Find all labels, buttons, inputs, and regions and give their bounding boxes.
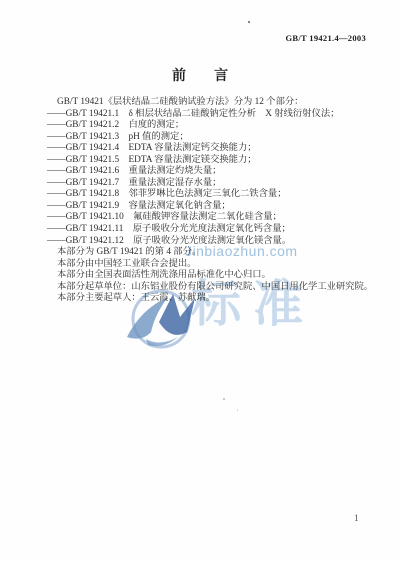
document-page: GB/T 19421.4—2003 前 言 GB/T 19421《层状结晶二硅酸… (0, 0, 400, 562)
part-list-item: ——GB/T 19421.5 EDTA 容量法测定镁交换能力； (47, 155, 367, 167)
scan-speck (237, 409, 238, 411)
part-list-item: ——GB/T 19421.3 pH 值的测定； (47, 132, 367, 144)
part-list-item: ——GB/T 19421.2 白度的测定； (47, 120, 367, 132)
scan-speck (223, 398, 225, 400)
part-list-item: ——GB/T 19421.4 EDTA 容量法测定钙交换能力； (47, 143, 367, 155)
foreword-body: GB/T 19421《层状结晶二硅酸钠试验方法》分为 12 个部分： ——GB/… (47, 97, 367, 305)
part-list-item: ——GB/T 19421.12 原子吸收分光光度法测定氧化镁含量。 (47, 236, 367, 248)
page-number: 1 (354, 513, 359, 523)
standard-number-header: GB/T 19421.4—2003 (285, 33, 366, 43)
part-list-item: ——GB/T 19421.10 氟硅酸钾容量法测定二氧化硅含量； (47, 212, 367, 224)
foreword-paragraph: 本部分由中国轻工业联合会提出。 (47, 259, 367, 271)
foreword-paragraph: 本部分为 GB/T 19421 的第 4 部分。 (47, 247, 367, 259)
foreword-title: 前 言 (0, 65, 400, 85)
scan-speck (248, 21, 250, 23)
part-list-item: ——GB/T 19421.11 原子吸收分光光度法测定氧化钙含量； (47, 224, 367, 236)
part-list-item: ——GB/T 19421.8 邻菲罗啉比色法测定三氧化二铁含量； (47, 189, 367, 201)
part-list-item: ——GB/T 19421.6 重量法测定灼烧失量； (47, 166, 367, 178)
foreword-paragraph: 本部分起草单位：山东铝业股份有限公司研究院、中国日用化学工业研究院。 (47, 282, 367, 294)
foreword-paragraph: 本部分由全国表面活性剂洗涤用品标准化中心归口。 (47, 270, 367, 282)
foreword-paragraph: 本部分主要起草人：王云霞、苏献瑞。 (47, 293, 367, 305)
part-list-item: ——GB/T 19421.1 δ 相层状结晶二硅酸钠定性分析 X 射线衍射仪法； (47, 109, 367, 121)
part-list-item: ——GB/T 19421.7 重量法测定湿存水量； (47, 178, 367, 190)
part-list-item: ——GB/T 19421.9 容量法测定氧化钠含量； (47, 201, 367, 213)
foreword-intro: GB/T 19421《层状结晶二硅酸钠试验方法》分为 12 个部分： (47, 97, 367, 109)
